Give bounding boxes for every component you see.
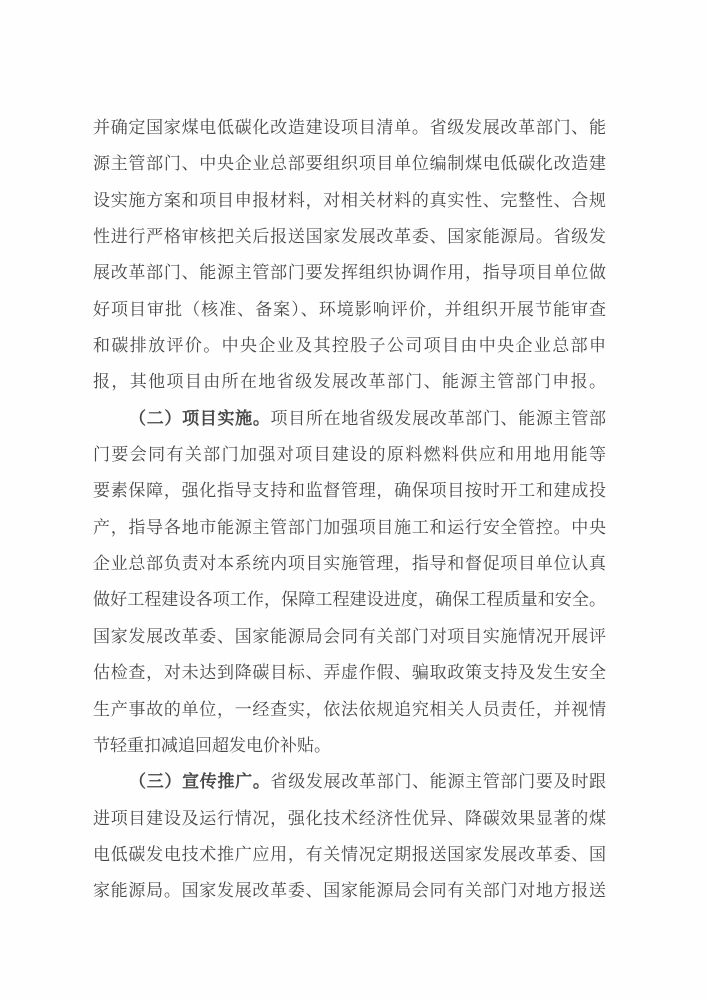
text-run: 企业总部负责对本系统内项目实施管理，指导和督促项目单位认真 [93,554,606,574]
text-run: 电低碳发电技术推广应用，有关情况定期报送国家发展改革委、国 [93,845,606,865]
text-line: 性进行严格审核把关后报送国家发展改革委、国家能源局。省级发 [93,219,606,255]
text-line: 家能源局。国家发展改革委、国家能源局会同有关部门对地方报送 [93,873,606,909]
text-line: （二）项目实施。项目所在地省级发展改革部门、能源主管部 [93,401,606,437]
text-run: 好项目审批（核准、备案）、环境影响评价，并组织开展节能审查 [93,300,606,320]
text-run: 性进行严格审核把关后报送国家发展改革委、国家能源局。省级发 [93,227,606,247]
text-line: 估检查，对未达到降碳目标、弄虚作假、骗取政策支持及发生安全 [93,655,606,691]
text-line: 和碳排放评价。中央企业及其控股子公司项目由中央企业总部申 [93,328,606,364]
text-line: 报，其他项目由所在地省级发展改革部门、能源主管部门申报。 [93,364,606,400]
text-run: 产，指导各地市能源主管部门加强项目施工和运行安全管控。中央 [93,518,606,538]
text-run: 做好工程建设各项工作，保障工程建设进度，确保工程质量和安全。 [93,590,606,610]
text-run: 国家发展改革委、国家能源局会同有关部门对项目实施情况开展评 [93,627,606,647]
text-run: 省级发展改革部门、能源主管部门要及时跟 [271,772,606,792]
text-run: 和碳排放评价。中央企业及其控股子公司项目由中央企业总部申 [93,336,606,356]
text-run: 要素保障，强化指导支持和监督管理，确保项目按时开工和建成投 [93,481,606,501]
section-heading: （二）项目实施。 [129,409,271,429]
text-line: 企业总部负责对本系统内项目实施管理，指导和督促项目单位认真 [93,546,606,582]
text-line: 并确定国家煤电低碳化改造建设项目清单。省级发展改革部门、能 [93,110,606,146]
text-run: 源主管部门、中央企业总部要组织项目单位编制煤电低碳化改造建 [93,154,606,174]
text-run: 报，其他项目由所在地省级发展改革部门、能源主管部门申报。 [93,372,606,392]
text-run: 门要会同有关部门加强对项目建设的原料燃料供应和用地用能等 [93,445,606,465]
text-run: 估检查，对未达到降碳目标、弄虚作假、骗取政策支持及发生安全 [93,663,606,683]
text-run: 节轻重扣减追回超发电价补贴。 [93,736,331,756]
text-run: 进项目建设及运行情况，强化技术经济性优异、降碳效果显著的煤 [93,809,606,829]
text-line: 源主管部门、中央企业总部要组织项目单位编制煤电低碳化改造建 [93,146,606,182]
text-line: 国家发展改革委、国家能源局会同有关部门对项目实施情况开展评 [93,619,606,655]
text-run: 家能源局。国家发展改革委、国家能源局会同有关部门对地方报送 [93,881,606,901]
text-run: 并确定国家煤电低碳化改造建设项目清单。省级发展改革部门、能 [93,118,606,138]
text-line: 进项目建设及运行情况，强化技术经济性优异、降碳效果显著的煤 [93,801,606,837]
text-run: 生产事故的单位，一经查实，依法依规追究相关人员责任，并视情 [93,700,606,720]
text-line: 门要会同有关部门加强对项目建设的原料燃料供应和用地用能等 [93,437,606,473]
text-line: 好项目审批（核准、备案）、环境影响评价，并组织开展节能审查 [93,292,606,328]
text-run: 展改革部门、能源主管部门要发挥组织协调作用，指导项目单位做 [93,263,606,283]
document-page: 并确定国家煤电低碳化改造建设项目清单。省级发展改革部门、能源主管部门、中央企业总… [0,0,707,1000]
text-line: 要素保障，强化指导支持和监督管理，确保项目按时开工和建成投 [93,473,606,509]
text-line: 做好工程建设各项工作，保障工程建设进度，确保工程质量和安全。 [93,582,606,618]
text-run: 设实施方案和项目申报材料，对相关材料的真实性、完整性、合规 [93,191,606,211]
text-line: 设实施方案和项目申报材料，对相关材料的真实性、完整性、合规 [93,183,606,219]
text-line: 节轻重扣减追回超发电价补贴。 [93,728,606,764]
text-line: 生产事故的单位，一经查实，依法依规追究相关人员责任，并视情 [93,692,606,728]
text-run: 项目所在地省级发展改革部门、能源主管部 [271,409,606,429]
section-heading: （三）宣传推广。 [129,772,271,792]
document-body: 并确定国家煤电低碳化改造建设项目清单。省级发展改革部门、能源主管部门、中央企业总… [93,110,606,910]
text-line: （三）宣传推广。省级发展改革部门、能源主管部门要及时跟 [93,764,606,800]
text-line: 电低碳发电技术推广应用，有关情况定期报送国家发展改革委、国 [93,837,606,873]
text-line: 展改革部门、能源主管部门要发挥组织协调作用，指导项目单位做 [93,255,606,291]
text-line: 产，指导各地市能源主管部门加强项目施工和运行安全管控。中央 [93,510,606,546]
